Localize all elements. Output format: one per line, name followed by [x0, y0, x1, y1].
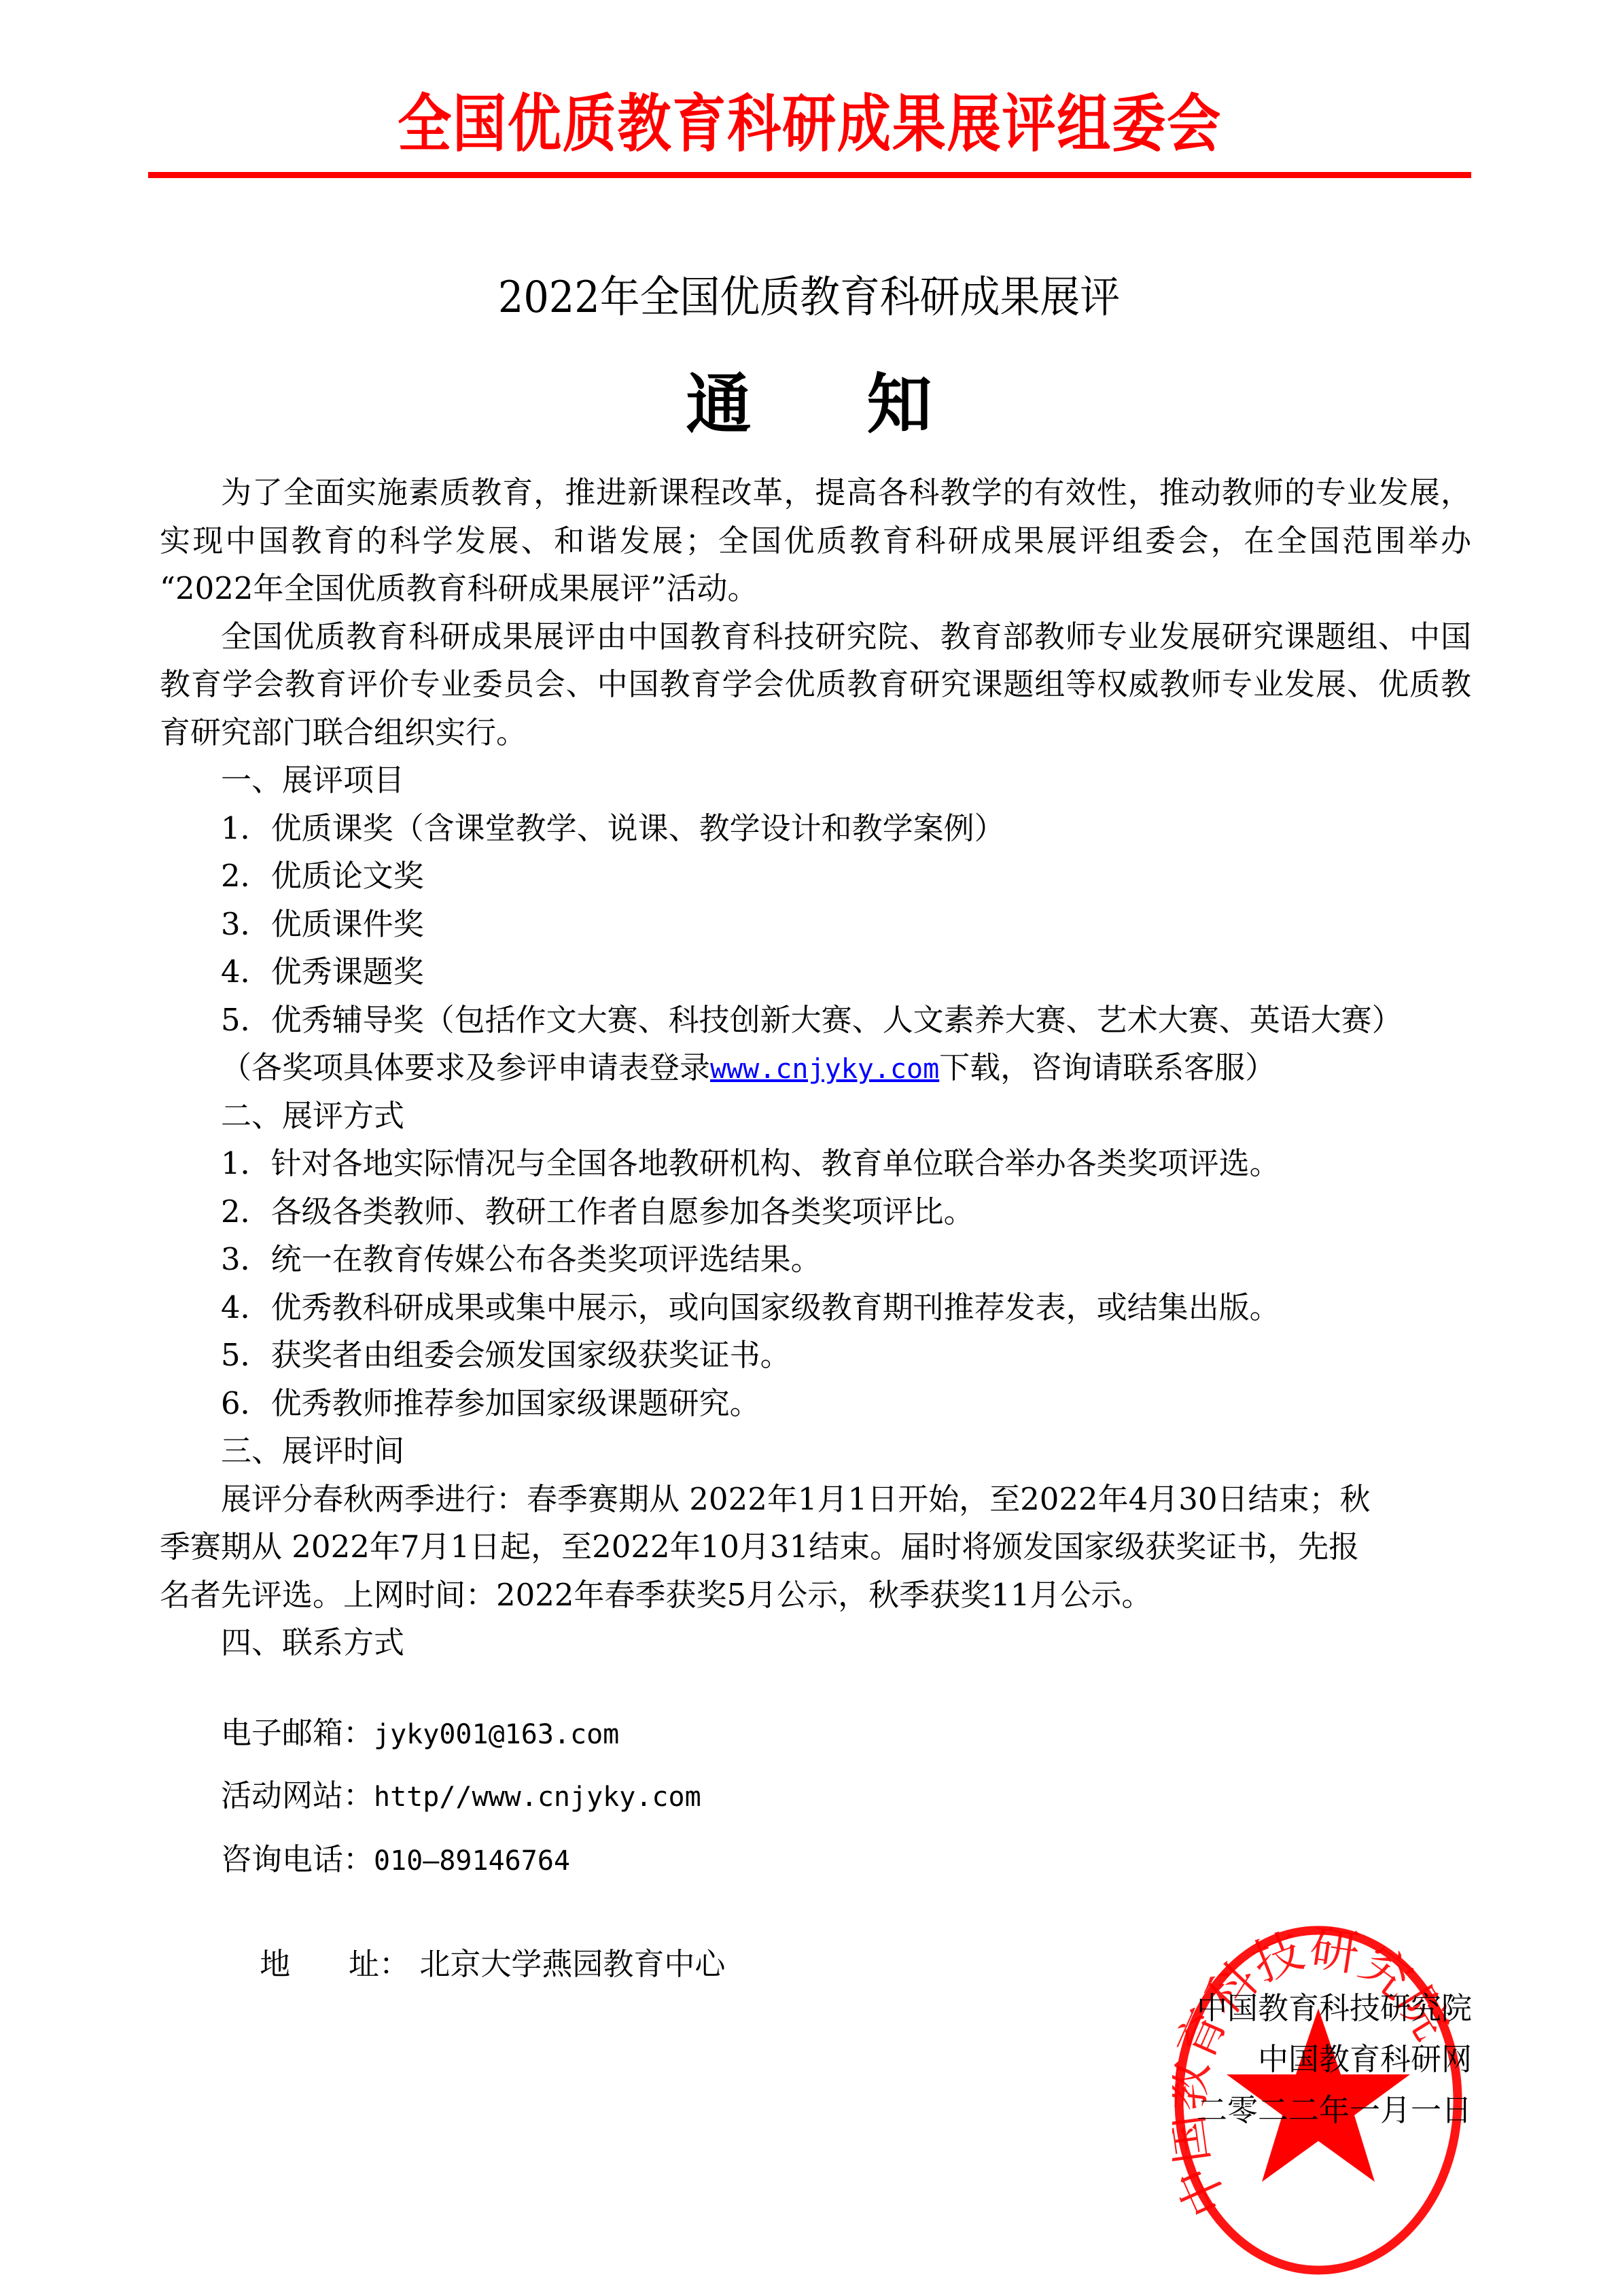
signature-org-1: 中国教育科技研究院 — [1197, 1988, 1472, 2029]
method-item-4: 4．优秀教科研成果或集中展示，或向国家级教育期刊推荐发表，或结集出版。 — [160, 1284, 1471, 1332]
intro-paragraph-2: 全国优质教育科研成果展评由中国教育科技研究院、教育部教师专业发展研究课题组、中国… — [160, 613, 1471, 757]
section-1-heading: 一、展评项目 — [160, 756, 1471, 805]
method-item-3: 3．统一在教育传媒公布各类奖项评选结果。 — [160, 1236, 1471, 1284]
award-item-4: 4．优秀课题奖 — [160, 948, 1471, 996]
contact-email-row: 电子邮箱：jyky001@163.com — [221, 1713, 619, 1755]
document-page: 全国优质教育科研成果展评组委会 2022年全国优质教育科研成果展评 通知 为了全… — [0, 0, 1618, 2296]
document-title: 通知 — [0, 367, 1618, 442]
award-item-3: 3．优质课件奖 — [160, 901, 1471, 949]
award-item-1: 1．优质课奖（含课堂教学、说课、教学设计和教学案例） — [160, 805, 1471, 853]
section-4-heading: 四、联系方式 — [160, 1619, 1471, 1667]
website-link[interactable]: www.cnjyky.com — [710, 1054, 939, 1085]
section-3-heading: 三、展评时间 — [160, 1427, 1471, 1476]
method-item-6: 6．优秀教师推荐参加国家级课题研究。 — [160, 1380, 1471, 1428]
email-label: 电子邮箱： — [221, 1715, 374, 1751]
award-note-suffix: 下载，咨询请联系客服） — [939, 1049, 1276, 1085]
schedule-line-1: 展评分春秋两季进行：春季赛期从 2022年1月1日开始，至2022年4月30日结… — [160, 1476, 1471, 1524]
address-label: 地 址： — [260, 1946, 410, 1982]
phone-value: 010—89146764 — [374, 1845, 570, 1877]
method-item-5: 5．获奖者由组委会颁发国家级获奖证书。 — [160, 1332, 1471, 1380]
website-value[interactable]: http//www.cnjyky.com — [374, 1781, 701, 1813]
award-note-prefix: （各奖项具体要求及参评申请表登录 — [221, 1049, 710, 1085]
email-value[interactable]: jyky001@163.com — [374, 1719, 619, 1750]
address-value: 北京大学燕园教育中心 — [419, 1946, 725, 1982]
website-label: 活动网站： — [221, 1777, 374, 1813]
document-body: 为了全面实施素质教育，推进新课程改革，提高各科教学的有效性，推动教师的专业发展，… — [160, 469, 1471, 1667]
award-item-2: 2．优质论文奖 — [160, 852, 1471, 901]
intro-paragraph-1: 为了全面实施素质教育，推进新课程改革，提高各科教学的有效性，推动教师的专业发展，… — [160, 469, 1471, 613]
signature-date: 二零二二年一月一日 — [1197, 2090, 1472, 2131]
award-item-5: 5．优秀辅导奖（包括作文大赛、科技创新大赛、人文素养大赛、艺术大赛、英语大赛） — [160, 996, 1471, 1045]
contact-website-row: 活动网站：http//www.cnjyky.com — [221, 1775, 701, 1817]
award-note: （各奖项具体要求及参评申请表登录www.cnjyky.com下载，咨询请联系客服… — [160, 1044, 1471, 1092]
method-item-1: 1．针对各地实际情况与全国各地教研机构、教育单位联合举办各类奖项评选。 — [160, 1140, 1471, 1188]
section-2-heading: 二、展评方式 — [160, 1092, 1471, 1141]
org-letterhead: 全国优质教育科研成果展评组委会 — [241, 87, 1378, 162]
method-item-2: 2．各级各类教师、教研工作者自愿参加各类奖项评比。 — [160, 1188, 1471, 1236]
letterhead-divider — [148, 172, 1471, 178]
signature-org-2: 中国教育科研网 — [1258, 2039, 1472, 2080]
contact-phone-row: 咨询电话：010—89146764 — [221, 1839, 570, 1881]
contact-address-row: 地 址： 北京大学燕园教育中心 — [221, 1903, 725, 2025]
document-subtitle: 2022年全国优质教育科研成果展评 — [65, 271, 1553, 325]
schedule-line-3: 名者先评选。上网时间：2022年春季获奖5月公示，秋季获奖11月公示。 — [160, 1571, 1471, 1620]
phone-label: 咨询电话： — [221, 1841, 374, 1877]
schedule-line-2: 季赛期从 2022年7月1日起，至2022年10月31结束。届时将颁发国家级获奖… — [160, 1523, 1471, 1571]
